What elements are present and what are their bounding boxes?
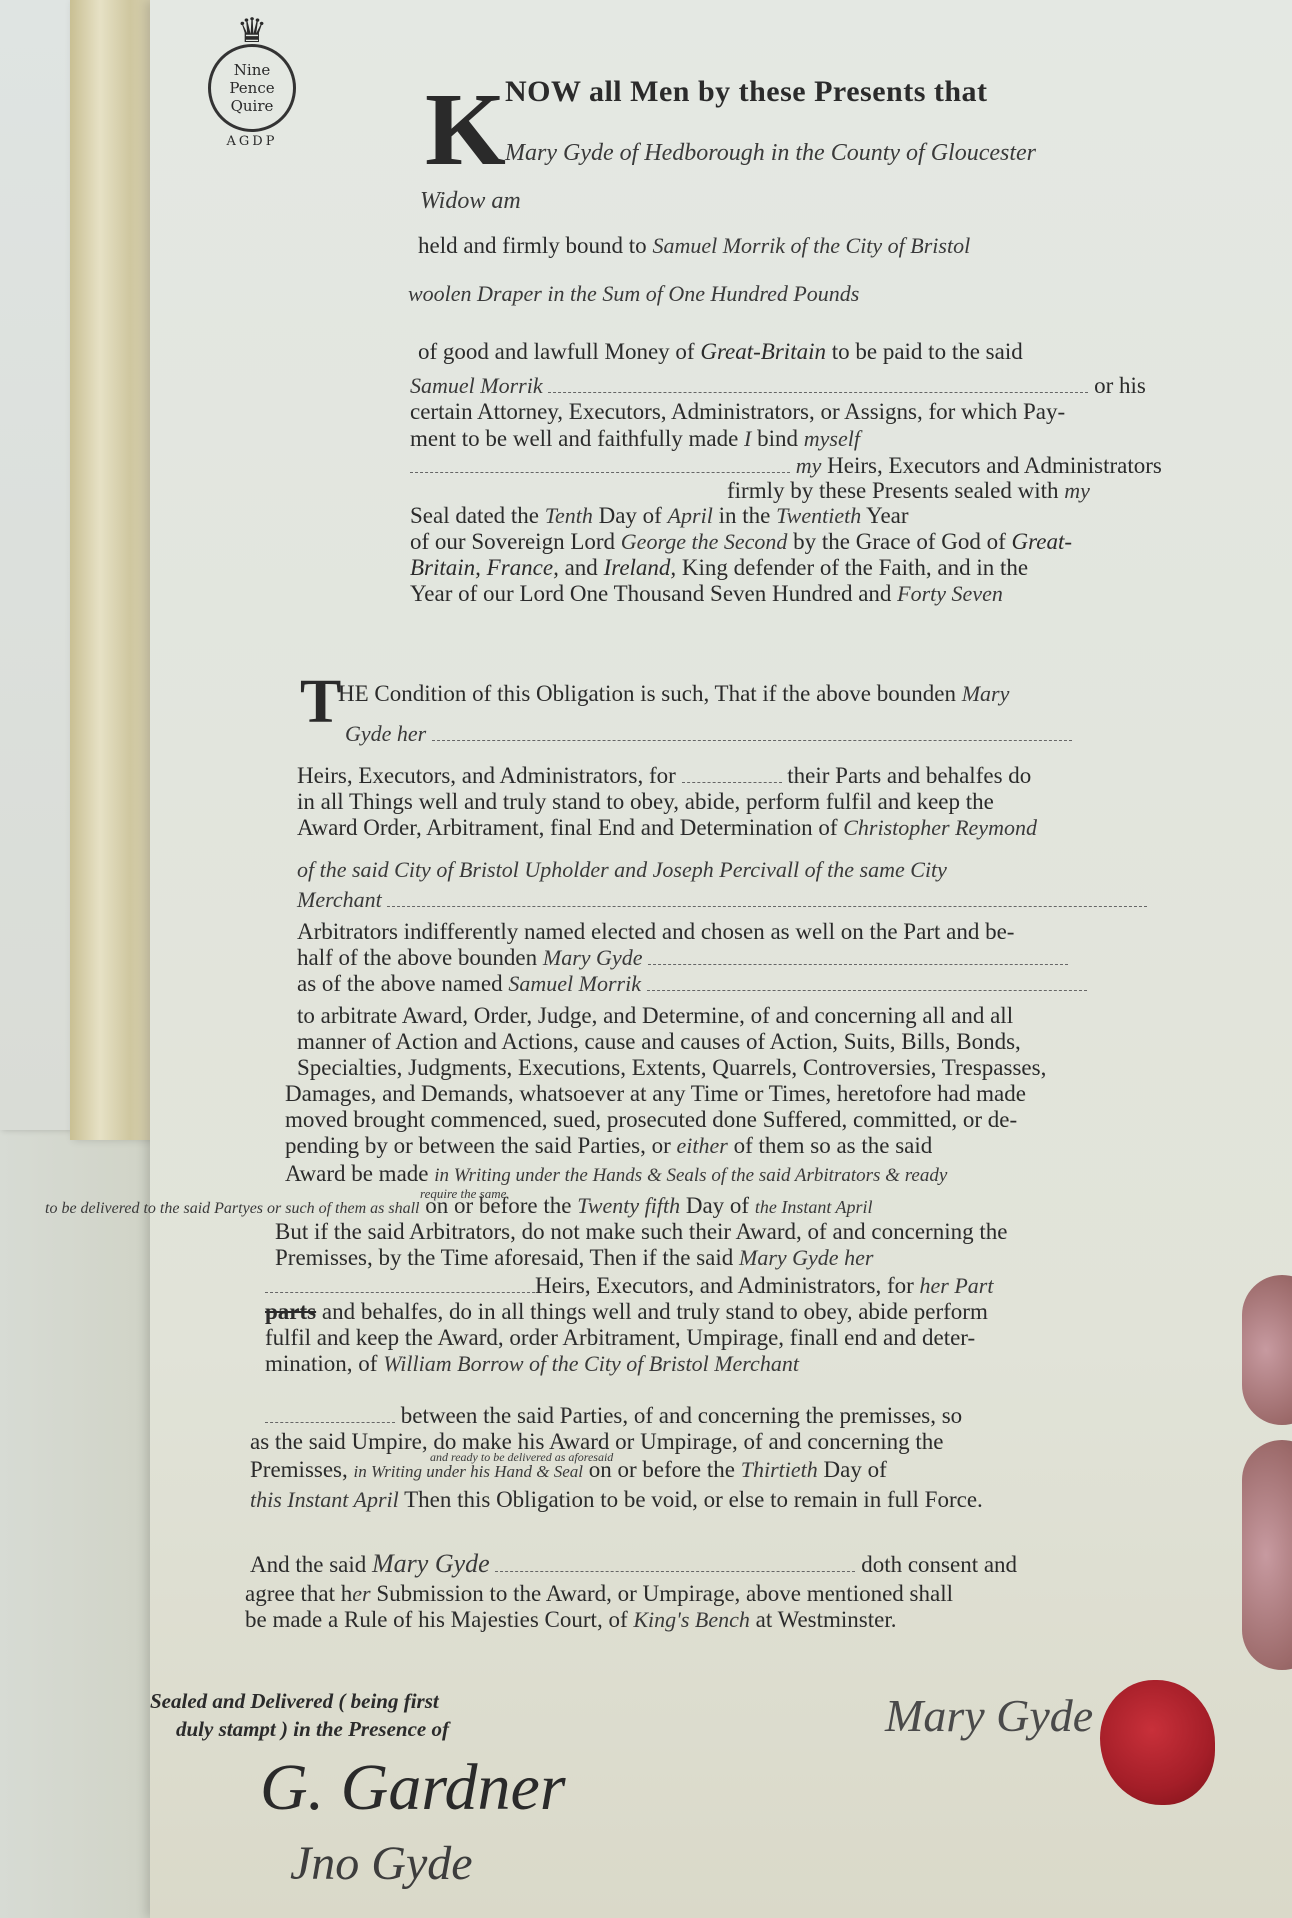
bond-line: my Heirs, Executors and Administrators <box>410 452 1162 479</box>
underlying-paper-sheet <box>0 0 70 1130</box>
bond-line: Britain, France, and Ireland, King defen… <box>410 554 1028 581</box>
thumb-lower <box>1242 1440 1292 1670</box>
condition-line: mination, of William Borrow of the City … <box>265 1350 799 1377</box>
witness-signature-1: G. Gardner <box>260 1752 566 1824</box>
bond-line: of good and lawfull Money of Great-Brita… <box>418 338 1023 365</box>
bond-line: Year of our Lord One Thousand Seven Hund… <box>410 580 1003 607</box>
consent-line: be made a Rule of his Majesties Court, o… <box>245 1606 896 1633</box>
condition-line: to arbitrate Award, Order, Judge, and De… <box>297 1002 1013 1029</box>
thumb-upper <box>1242 1275 1292 1425</box>
heading-hand-1: Mary Gyde of Hedborough in the County of… <box>505 140 1036 167</box>
condition-line: Arbitrators indifferently named elected … <box>297 918 1014 945</box>
condition-line: HE Condition of this Obligation is such,… <box>338 680 1009 707</box>
condition-line: half of the above bounden Mary Gyde <box>297 944 1068 971</box>
condition-line: Merchant <box>297 886 1147 913</box>
bond-line: firmly by these Presents sealed with my <box>727 477 1090 504</box>
condition-line: in all Things well and truly stand to ob… <box>297 788 994 815</box>
bond-line: Samuel Morrik or his <box>410 372 1146 399</box>
stamp-ring: Nine Pence Quire <box>208 44 296 132</box>
condition-line: Award be made in Writing under the Hands… <box>285 1160 947 1189</box>
condition-line: Damages, and Demands, whatsoever at any … <box>285 1080 1026 1107</box>
condition-line: Premisses, by the Time aforesaid, Then i… <box>275 1244 873 1271</box>
tax-stamp: ♛ Nine Pence Quire AGDP <box>198 14 306 154</box>
stamp-code: AGDP <box>198 134 306 149</box>
condition-line: this Instant April Then this Obligation … <box>250 1486 983 1513</box>
bond-line: of our Sovereign Lord George the Second … <box>410 528 1072 555</box>
condition-line: Heirs, Executors, and Administrators, fo… <box>297 762 1031 789</box>
dropcap-t: T <box>300 672 341 732</box>
condition-line: Heirs, Executors, and Administrators, fo… <box>265 1272 993 1299</box>
bond-line: woolen Draper in the Sum of One Hundred … <box>408 280 859 307</box>
condition-line: pending by or between the said Parties, … <box>285 1132 932 1159</box>
bond-line: certain Attorney, Executors, Administrat… <box>410 398 1065 425</box>
attestation-line-2: duly stampt ) in the Presence of <box>176 1716 449 1743</box>
witness-signature-2: Jno Gyde <box>290 1836 473 1892</box>
condition-line: Premisses, in Writing under his Hand & S… <box>250 1456 887 1485</box>
condition-line: Award Order, Arbitrament, final End and … <box>297 814 1037 841</box>
condition-line: between the said Parties, of and concern… <box>265 1402 962 1429</box>
condition-line: as of the above named Samuel Morrik <box>297 970 1087 997</box>
dropcap-k: K <box>425 80 506 180</box>
principal-signature: Mary Gyde <box>885 1690 1093 1742</box>
condition-line: But if the said Arbitrators, do not make… <box>275 1218 1007 1245</box>
heading-hand-2: Widow am <box>420 188 521 215</box>
consent-line: agree that her Submission to the Award, … <box>245 1580 953 1607</box>
consent-line: And the said Mary Gyde doth consent and <box>250 1550 1017 1578</box>
condition-line: of the said City of Bristol Upholder and… <box>297 856 947 883</box>
condition-line: Specialties, Judgments, Executions, Exte… <box>297 1054 1046 1081</box>
bond-line: Seal dated the Tenth Day of April in the… <box>410 502 909 529</box>
attestation-line-1: Sealed and Delivered ( being first <box>150 1688 439 1715</box>
bond-line: held and firmly bound to Samuel Morrik o… <box>418 232 970 259</box>
condition-line: parts and behalfes, do in all things wel… <box>265 1298 988 1325</box>
condition-line: fulfil and keep the Award, order Arbitra… <box>265 1324 975 1351</box>
condition-line: manner of Action and Actions, cause and … <box>297 1028 1021 1055</box>
crown-icon: ♛ <box>198 14 306 48</box>
bond-line: ment to be well and faithfully made I bi… <box>410 425 860 452</box>
heading-printed: NOW all Men by these Presents that <box>505 78 988 105</box>
condition-line: moved brought commenced, sued, prosecute… <box>285 1106 1017 1133</box>
condition-line: Gyde her <box>345 720 1072 747</box>
